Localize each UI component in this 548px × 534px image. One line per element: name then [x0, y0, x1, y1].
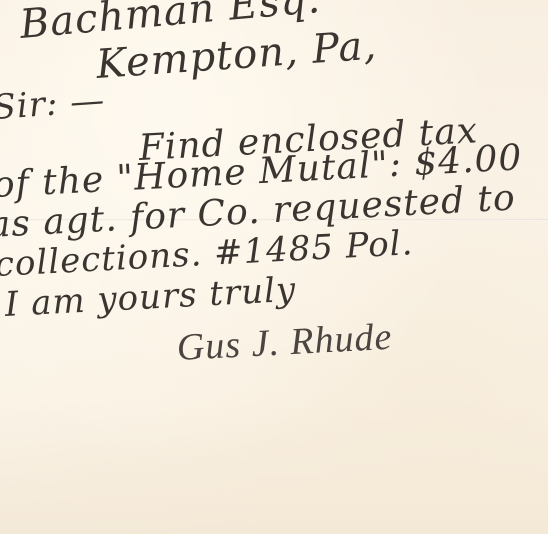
salutation: Sir: — [0, 80, 106, 128]
